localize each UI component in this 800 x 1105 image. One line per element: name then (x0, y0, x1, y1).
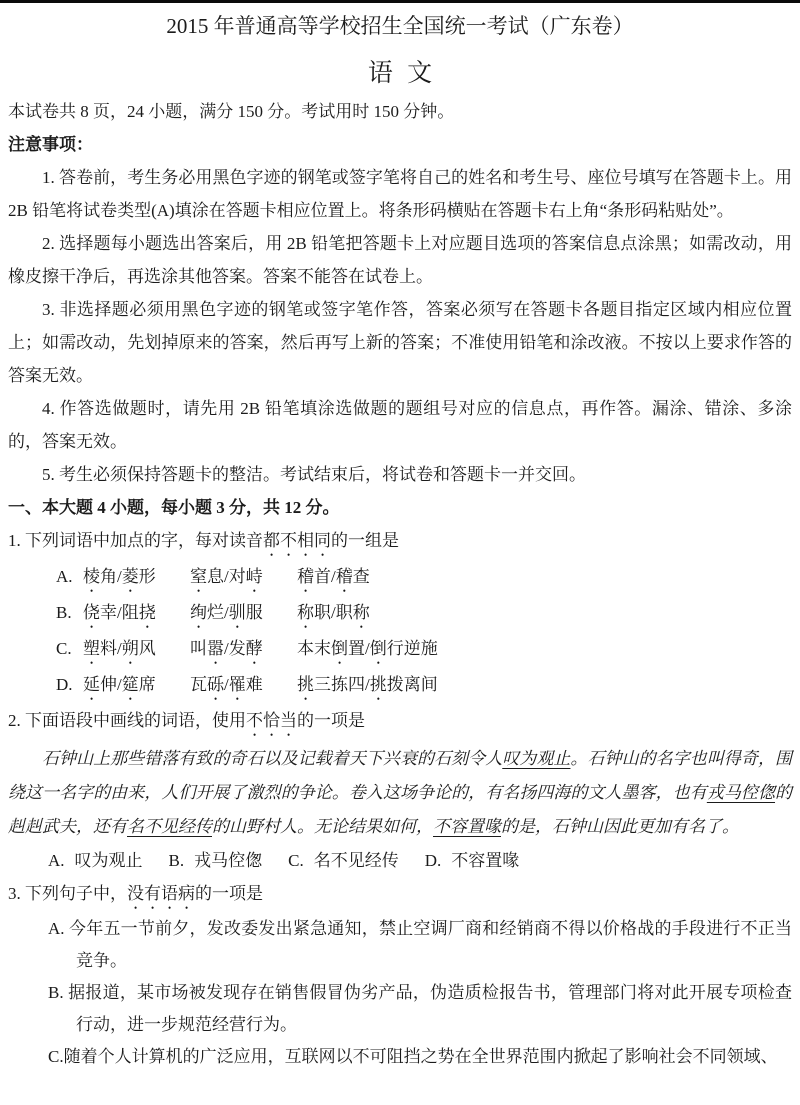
word-pair: 绚烂/驯服 (190, 596, 297, 632)
notice-item-4: 4. 作答选做题时，请先用 2B 铅笔填涂选做题的题组号对应的信息点，再作答。漏… (8, 392, 792, 458)
choice-text: 不容置喙 (451, 851, 519, 870)
notice-item-3: 3. 非选择题必须用黑色字迹的钢笔或签字笔作答，答案必须写在答题卡各题目指定区域… (8, 293, 792, 392)
q3-option-c: C.随着个人计算机的广泛应用，互联网以不可阻挡之势在全世界范围内掀起了影响社会不… (8, 1041, 792, 1073)
option-label: D. (425, 851, 442, 870)
option-text: 今年五一节前夕，发改委发出紧急通知，禁止空调厂商和经销商不得以价格战的手段进行不… (69, 919, 792, 970)
word-pair: 本末倒置/倒行逆施 (297, 632, 438, 668)
notice-item-5: 5. 考生必须保持答题卡的整洁。考试结束后，将试卷和答题卡一并交回。 (8, 458, 792, 491)
q2-choice-c: C.名不见经传 (288, 844, 399, 877)
notice-item-2: 2. 选择题每小题选出答案后，用 2B 铅笔把答题卡上对应题目选项的答案信息点涂… (8, 227, 792, 293)
word-pair: 叫嚣/发酵 (190, 632, 297, 668)
q2-choice-d: D.不容置喙 (425, 844, 520, 877)
q3-option-a: A. 今年五一节前夕，发改委发出紧急通知，禁止空调厂商和经销商不得以价格战的手段… (8, 913, 792, 977)
section-1-heading: 一、本大题 4 小题，每小题 3 分，共 12 分。 (8, 491, 792, 524)
word-pair: 棱角/菱形 (83, 560, 190, 596)
notices-heading: 注意事项： (8, 128, 792, 161)
option-label: B. (48, 983, 68, 1002)
option-label: C. (288, 851, 304, 870)
q1-option-row-b: B. 侥幸/阻挠 绚烂/驯服 称职/职称 (8, 596, 792, 632)
word-pair: 侥幸/阻挠 (83, 596, 190, 632)
option-label: B. (169, 851, 185, 870)
question-3-stem: 3. 下列句子中，没有语病的一项是 (8, 877, 792, 913)
word-pair: 延伸/筵席 (83, 668, 190, 704)
choice-text: 名不见经传 (314, 851, 399, 870)
option-label: C. (56, 632, 83, 668)
page-title: 2015 年普通高等学校招生全国统一考试（广东卷） (8, 11, 792, 41)
word-pair: 瓦砾/罹难 (190, 668, 297, 704)
q2-choice-b: B.戎马倥偬 (169, 844, 263, 877)
q2-choices-row: A.叹为观止 B.戎马倥偬 C.名不见经传 D.不容置喙 (8, 844, 792, 877)
choice-text: 戎马倥偬 (194, 851, 262, 870)
question-1-stem: 1. 下列词语中加点的字，每对读音都不相同的一组是 (8, 524, 792, 560)
option-label: A. (48, 919, 69, 938)
word-pair: 窒息/对峙 (190, 560, 297, 596)
option-text: 据报道，某市场被发现存在销售假冒伪劣产品，伪造质检报告书，管理部门将对此开展专项… (68, 983, 792, 1034)
q1-option-row-c: C. 塑料/朔风 叫嚣/发酵 本末倒置/倒行逆施 (8, 632, 792, 668)
exam-info-line: 本试卷共 8 页，24 小题，满分 150 分。考试用时 150 分钟。 (8, 95, 792, 128)
q3-option-b: B. 据报道，某市场被发现存在销售假冒伪劣产品，伪造质检报告书，管理部门将对此开… (8, 977, 792, 1041)
option-label: B. (56, 596, 83, 632)
option-text: 随着个人计算机的广泛应用，互联网以不可阻挡之势在全世界范围内掀起了影响社会不同领… (64, 1047, 778, 1066)
subject-title: 语 文 (8, 57, 792, 91)
q2-choice-a: A.叹为观止 (48, 844, 143, 877)
word-pair: 稽首/稽查 (297, 560, 370, 596)
exam-paper: 2015 年普通高等学校招生全国统一考试（广东卷） 语 文 本试卷共 8 页，2… (0, 3, 800, 1073)
word-pair: 塑料/朔风 (83, 632, 190, 668)
q1-option-row-a: A. 棱角/菱形 窒息/对峙 稽首/稽查 (8, 560, 792, 596)
option-label: C. (48, 1047, 64, 1066)
choice-text: 叹为观止 (75, 851, 143, 870)
word-pair: 称职/职称 (297, 596, 370, 632)
option-label: D. (56, 668, 83, 704)
question-2-stem: 2. 下面语段中画线的词语，使用不恰当的一项是 (8, 704, 792, 740)
notice-item-1: 1. 答卷前，考生务必用黑色字迹的钢笔或签字笔将自己的姓名和考生号、座位号填写在… (8, 161, 792, 227)
option-label: A. (48, 851, 65, 870)
option-label: A. (56, 560, 83, 596)
q1-option-row-d: D. 延伸/筵席 瓦砾/罹难 挑三拣四/挑拨离间 (8, 668, 792, 704)
q2-passage: 石钟山上那些错落有致的奇石以及记载着天下兴衰的石刻令人叹为观止。石钟山的名字也叫… (8, 742, 792, 844)
word-pair: 挑三拣四/挑拨离间 (297, 668, 438, 704)
